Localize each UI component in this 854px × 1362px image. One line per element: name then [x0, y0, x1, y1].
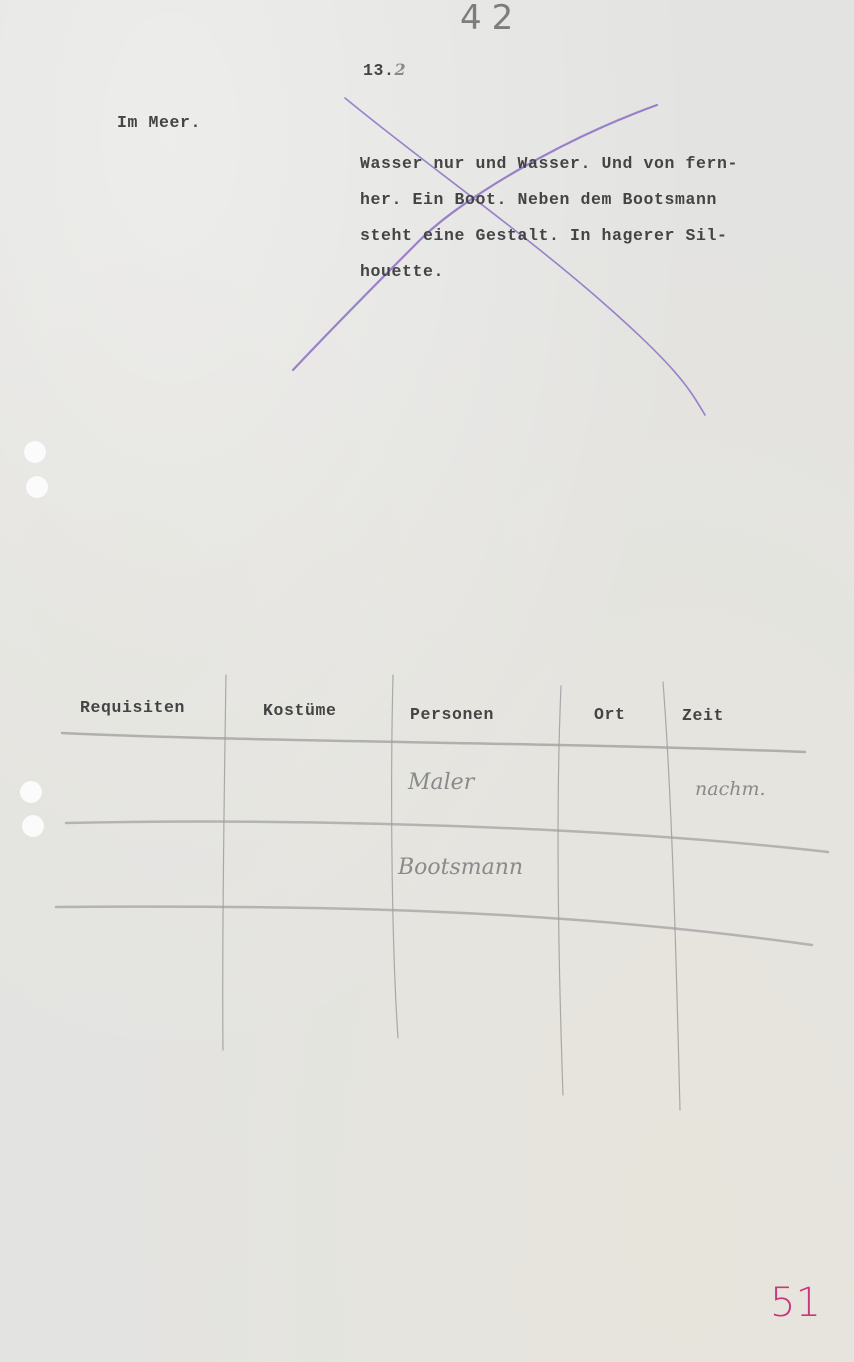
cell-personen-row-1: Maler	[408, 770, 474, 795]
row-rule-2	[56, 907, 812, 945]
scene-heading: Im Meer.	[117, 113, 201, 132]
punch-hole	[24, 441, 46, 463]
sheet-number-typed: 13.	[363, 61, 395, 80]
col-divider-3	[558, 686, 563, 1095]
scene-line: steht eine Gestalt. In hagerer Sil-	[360, 218, 738, 254]
cell-zeit-row-1: nachm.	[695, 778, 766, 800]
row-rule-1	[66, 822, 828, 852]
scene-line: houette.	[360, 254, 738, 290]
column-header-kostume: Kostüme	[263, 701, 337, 720]
sheet-number-suffix: 2	[395, 60, 407, 79]
folio-number: 51	[770, 1280, 821, 1326]
header-rule	[62, 733, 805, 752]
punch-hole	[20, 781, 42, 803]
punch-hole	[22, 815, 44, 837]
column-header-requisiten: Requisiten	[80, 698, 185, 717]
scene-description: Wasser nur und Wasser. Und von fern- her…	[360, 146, 738, 290]
col-divider-4	[663, 682, 680, 1110]
column-header-zeit: Zeit	[682, 706, 724, 725]
sheet-number: 13.2	[363, 60, 406, 80]
cell-personen-row-2: Bootsmann	[398, 855, 523, 880]
scene-line: her. Ein Boot. Neben dem Bootsmann	[360, 182, 738, 218]
table-grid	[56, 675, 828, 1110]
scene-line: Wasser nur und Wasser. Und von fern-	[360, 146, 738, 182]
col-divider-1	[223, 675, 226, 1050]
column-header-ort: Ort	[594, 705, 626, 724]
archive-page-number: 42	[460, 0, 523, 38]
punch-hole	[26, 476, 48, 498]
column-header-personen: Personen	[410, 705, 494, 724]
